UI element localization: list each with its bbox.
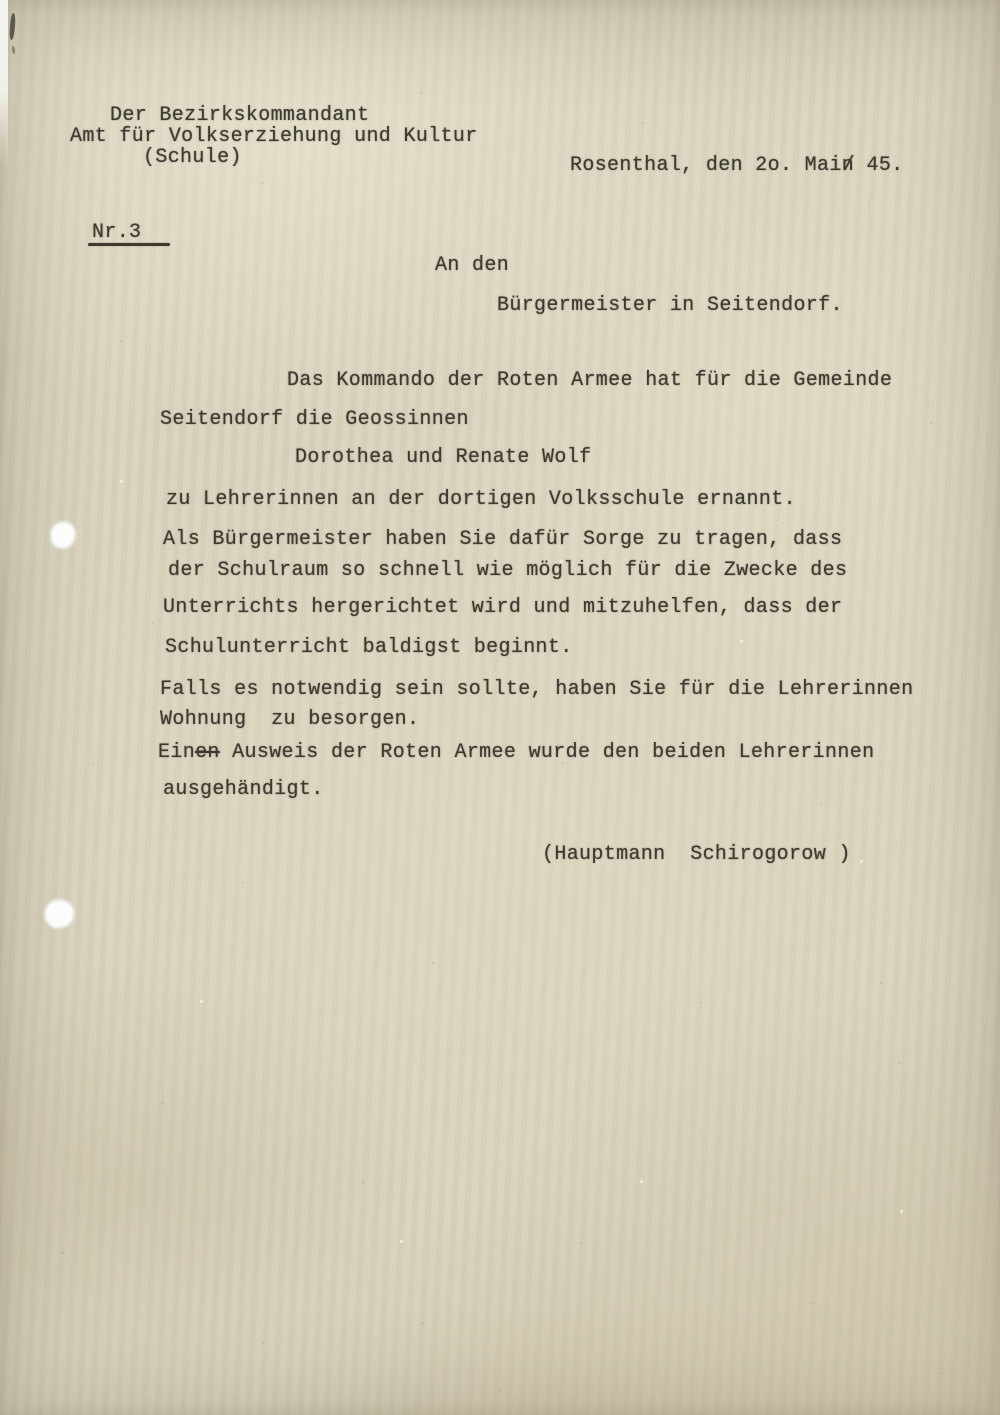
body-line: Falls es notwendig sein sollte, haben Si… bbox=[160, 677, 913, 703]
struck-letters: en bbox=[195, 741, 220, 764]
overstrike-slash: / bbox=[843, 153, 855, 179]
body-line: Schulunterricht baldigst beginnt. bbox=[165, 635, 573, 661]
body-line-with-strikethrough: Einen Ausweis der Roten Armee wurde den … bbox=[158, 740, 874, 766]
body-line: ausgehändigt. bbox=[163, 777, 324, 803]
scan-edge-sliver bbox=[0, 0, 8, 165]
recipient-line-2: Bürgermeister in Seitendorf. bbox=[497, 293, 843, 319]
scanned-letter-page: { "document": { "sender": { "line1": "De… bbox=[0, 0, 1000, 1415]
body-line: Das Kommando der Roten Armee hat für die… bbox=[287, 368, 892, 394]
reference-underline bbox=[88, 243, 170, 246]
body-line-names: Dorothea und Renate Wolf bbox=[295, 445, 591, 471]
punch-hole-top bbox=[50, 521, 76, 549]
body-text: Ein bbox=[158, 741, 195, 764]
body-line: der Schulraum so schnell wie möglich für… bbox=[168, 558, 847, 584]
dateline: Rosenthal, den 2o. Main/ 45. bbox=[570, 153, 904, 179]
body-line: Wohnung zu besorgen. bbox=[160, 707, 419, 733]
signature-line: (Hauptmann Schirogorow ) bbox=[542, 842, 851, 868]
recipient-line-1: An den bbox=[435, 253, 509, 279]
dateline-year: 45. bbox=[854, 154, 903, 177]
paper-background bbox=[0, 0, 1000, 1415]
body-line: Als Bürgermeister haben Sie dafür Sorge … bbox=[163, 527, 842, 553]
sender-line-2: Amt für Volkserziehung und Kultur bbox=[70, 124, 478, 150]
dateline-overstruck-char: n/ bbox=[842, 153, 854, 179]
body-line: Unterrichts hergerichtet wird und mitzuh… bbox=[163, 595, 842, 621]
sender-line-3: (Schule) bbox=[143, 145, 242, 171]
body-line: zu Lehrerinnen an der dortigen Volksschu… bbox=[166, 487, 796, 513]
body-line: Seitendorf die Geossinnen bbox=[160, 407, 469, 433]
body-text: Ausweis der Roten Armee wurde den beiden… bbox=[220, 741, 875, 764]
dateline-text: Rosenthal, den 2o. Mai bbox=[570, 154, 842, 177]
